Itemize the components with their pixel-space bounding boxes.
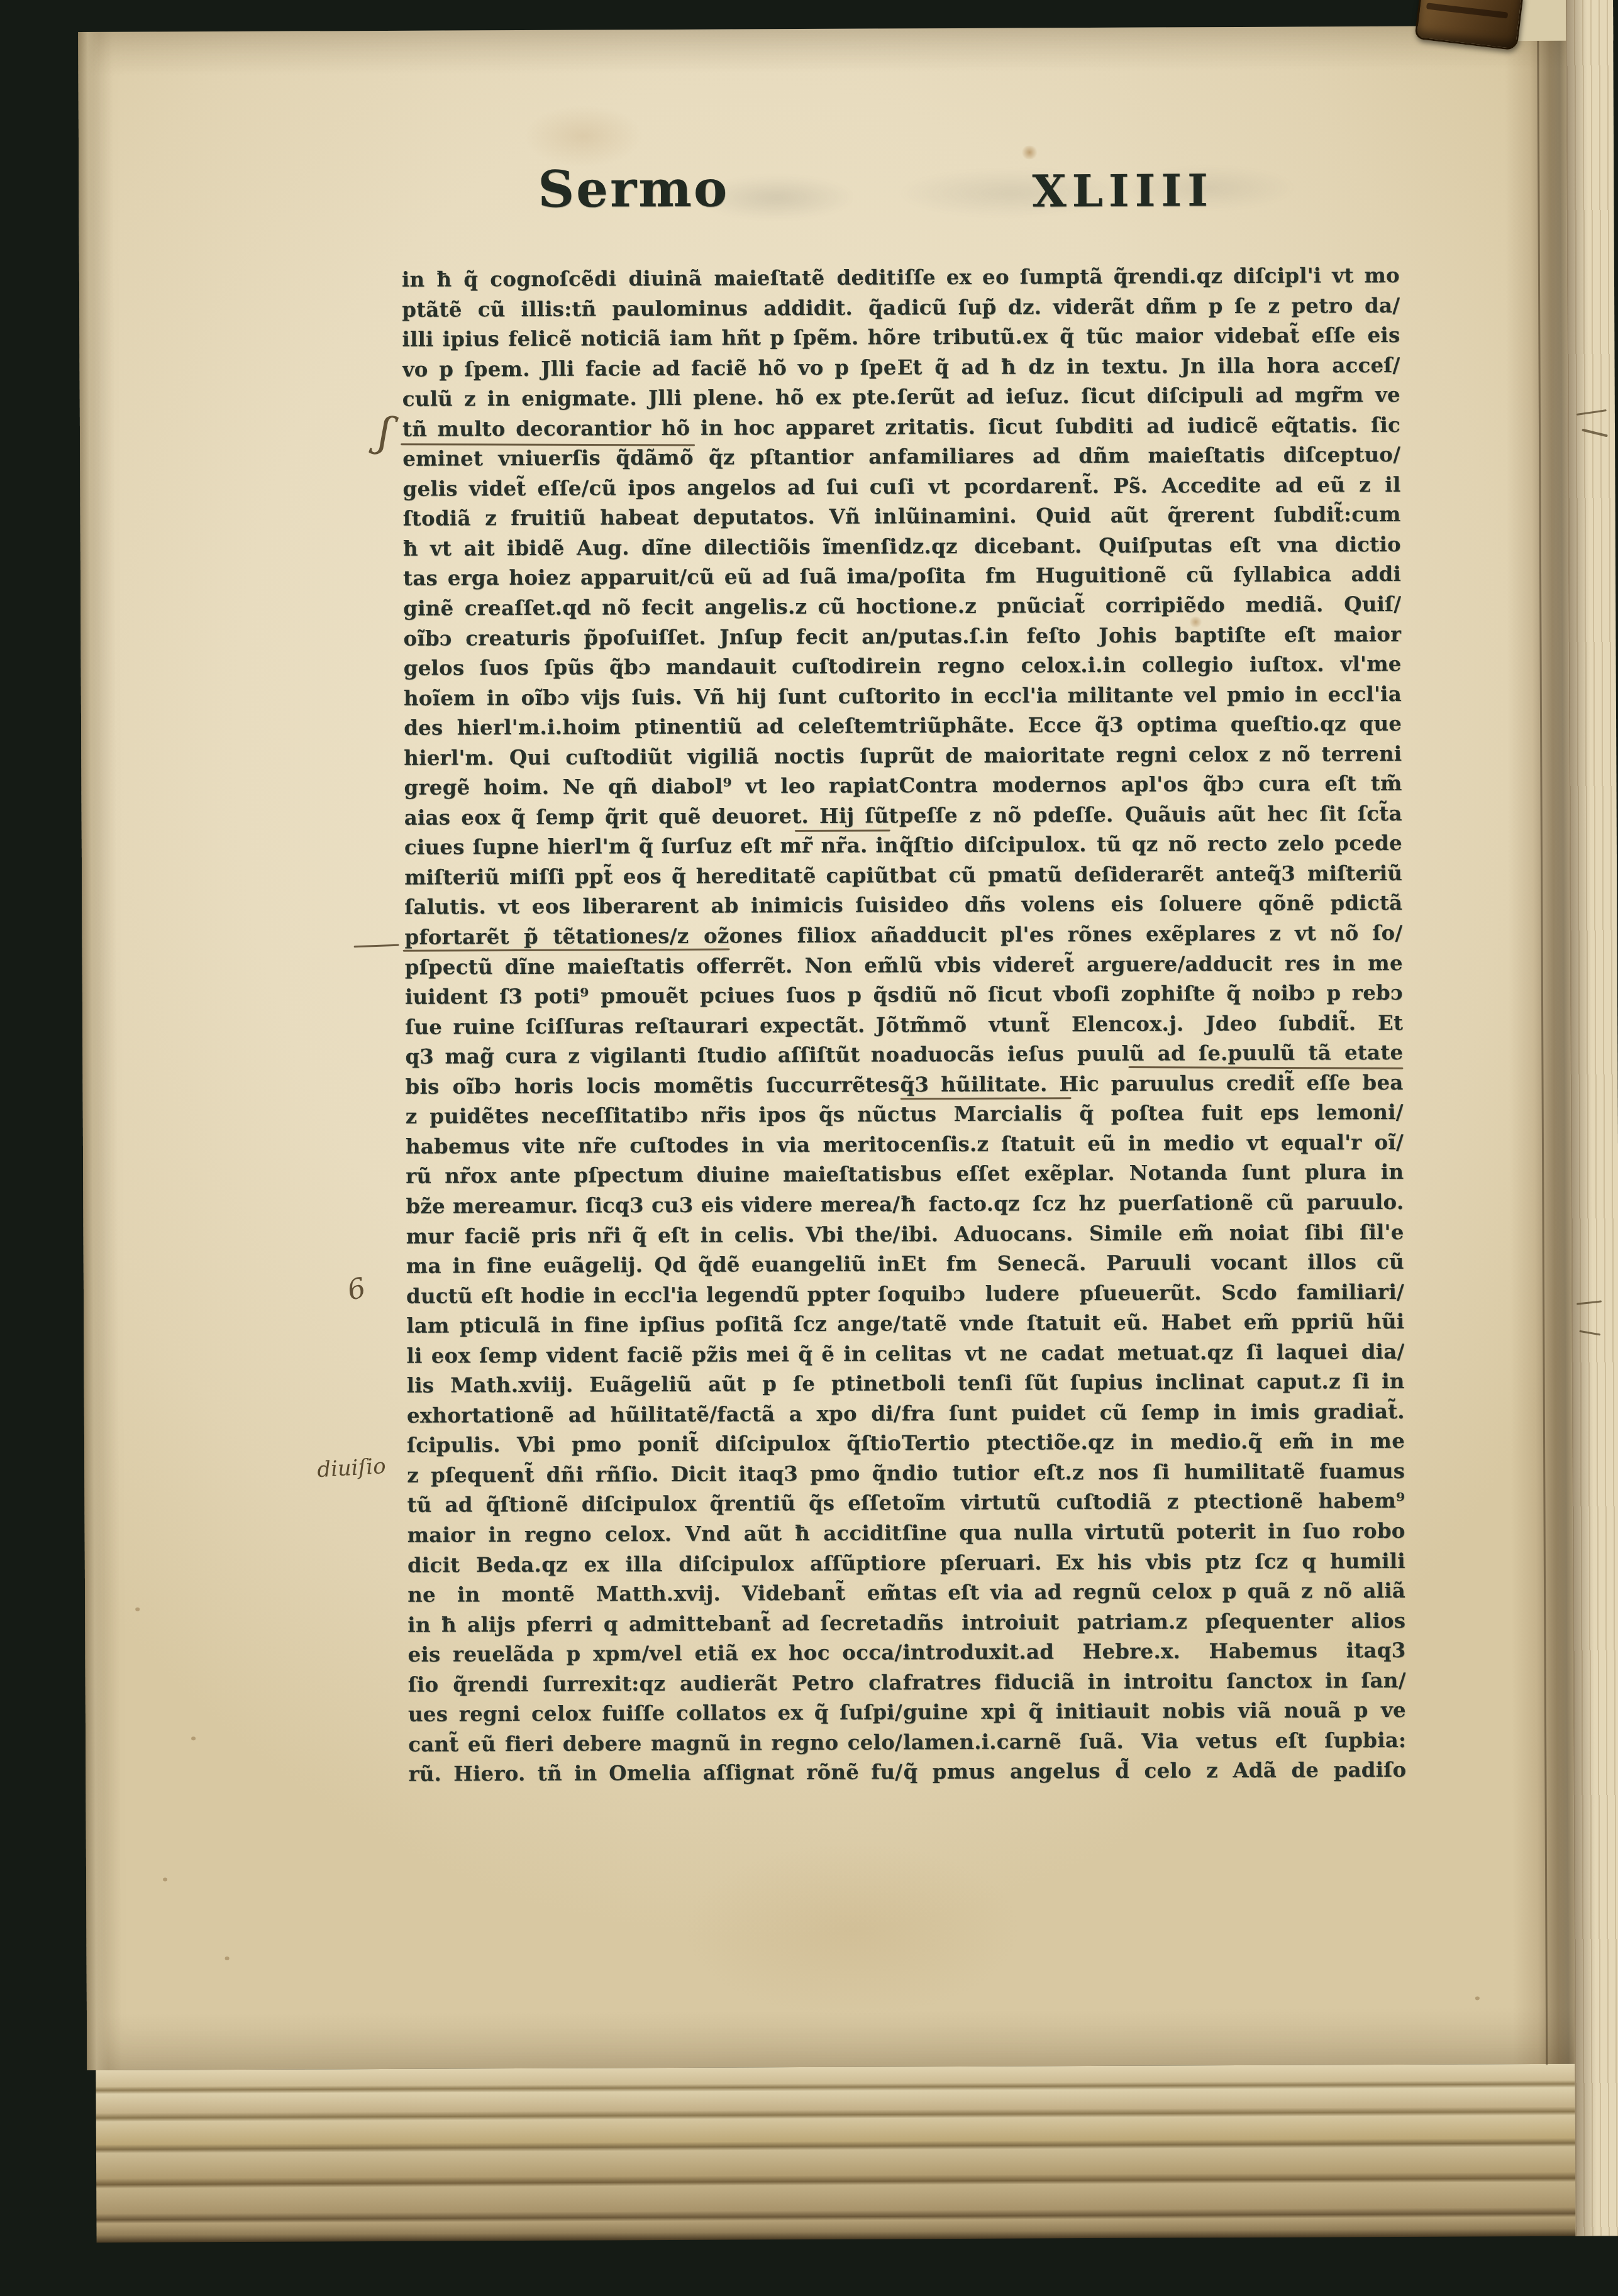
text-line: lũinamini. Quid aũt q̃rerent ſubdit̃:cum (898, 499, 1401, 531)
clasp-stripe (1426, 3, 1508, 18)
foxing-dot (1475, 1996, 1480, 2000)
text-line: rũ. Hiero. tñ in Omelia aſſignat rõnẽ fu… (408, 1757, 902, 1789)
text-line: tus Marcialis q̃ poſtea fuit eps lemoni/ (900, 1097, 1404, 1129)
text-line: dz.qz dicebant. Quiſputas eſt vna dictio (898, 529, 1401, 561)
text-line: z puidẽtes neceſſitatibɔ nr̃is ipos q̃s … (406, 1100, 900, 1132)
text-line: rũ nr̃ox ante pſpectum diuine maieſtatis (406, 1159, 900, 1191)
text-line: in ħ alijs pferri q admittebant̃ ad ſecr… (407, 1608, 902, 1640)
text-line: mur faciẽ pris nr̃i q̃ eſt in celis. Vbi… (406, 1219, 900, 1251)
text-line: miſteriũ miſſi ppt̃ eos q̃ hereditatẽ ca… (404, 860, 899, 892)
book-photograph: Sermo XLIIII in ħ q̃ cognoſcẽdi diuinã m… (0, 0, 1618, 2296)
text-line: dio tutior eſt.z nos ſi humilitatẽ fuamu… (902, 1456, 1405, 1488)
text-line: gregẽ hoim. Ne qñ diabol⁹ vt leo rapiat (404, 771, 898, 803)
text-line: ne in montẽ Matth.xvij. Videbant̃ em̃ (407, 1577, 902, 1609)
stain-blotch (682, 1841, 1022, 2019)
text-line: ptãtẽ cũ illis:tñ paulominus addidit. q̃… (402, 292, 896, 324)
text-line: guine xpi q̃ initiauit nobis viã nouã p … (903, 1695, 1406, 1727)
text-line: litas vt ne cadat metuat.qz ſi laquei di… (901, 1337, 1404, 1369)
text-line: cant̃ eũ fieri debere magnũ in regno cel… (408, 1727, 902, 1759)
stain-blotch (524, 104, 643, 168)
text-line: bat cũ pmatũ deſiderarẽt anteq̃3 miſteri… (899, 858, 1402, 890)
stain-spot (1021, 145, 1038, 159)
text-line: maior in regno celox. Vnd aũt ħ accidit (407, 1518, 902, 1550)
text-line: gelos ſuos ſpũs q̃bɔ mandauit cuſtodire (404, 651, 898, 683)
text-line: boli tenſi ſũt ſupius inclinat caput.z ſ… (902, 1366, 1405, 1398)
text-line: peſſe z nõ pdeſſe. Quãuis aũt hec ſit ſc… (899, 798, 1402, 831)
foxing-dot (191, 1736, 196, 1740)
text-line: ſio q̃rendi ſurrexit:qz audierãt Petro c… (408, 1667, 902, 1699)
text-line: hoĩem in oĩbɔ vijs ſuis. Vñ hij ſunt cuſ… (404, 681, 898, 713)
text-line: bus eſſet exẽplar. Notanda ſunt plura in (900, 1157, 1404, 1189)
text-line: putas.ſ.in feſto Johis baptiſte eſt maio… (898, 619, 1401, 651)
text-line: pfortarẽt p̃ tẽtationes/z oz̃ones filiox… (404, 920, 899, 952)
text-line: poſita fm Huguitionẽ cũ ſyllabica addi (898, 559, 1401, 591)
text-line: habemus vite nr̃e cuſtodes in via merito (406, 1129, 900, 1161)
text-line: dñs introiuit patriam.z pſequenter alios (902, 1605, 1405, 1637)
text-line: oĩbɔ creaturis p̃poſuiſſet. Jnſup fecit … (403, 621, 897, 653)
text-line: dicit Beda.qz ex illa diſcipulox aſſũpti… (407, 1548, 902, 1580)
text-line: triũphãte. Ecce q̃3 optima queſtio.qz qu… (899, 709, 1402, 741)
text-line: re pſeruari. Ex his vbis ptz ſcz q humil… (902, 1545, 1405, 1577)
text-line: ſalutis. vt eos liberarent ab inimicis ſ… (404, 890, 899, 922)
text-line: tas eſt via ad regnũ celox p quã z nõ al… (902, 1576, 1405, 1608)
text-line: ſi vt pcordarent̃. Ps̃. Accedite ad eũ z… (897, 470, 1400, 502)
text-line: rũt de maioritate regni celox z nõ terre… (899, 739, 1402, 771)
text-line: culũ z in enigmate. Jlli plene. hõ ex pt… (402, 382, 897, 414)
text-line: vo p ſpem. Jlli facie ad faciẽ hõ vo p ſ… (402, 352, 896, 384)
text-line: eis reuelãda p xpm/vel etiã ex hoc occa/ (407, 1638, 902, 1670)
facing-page-edge (1566, 0, 1618, 2236)
text-line: q3 mag̃ cura z vigilanti ſtudio aſſiſtũt… (405, 1040, 899, 1072)
text-line: Contra modernos apl'os q̃bɔ cura eſt tm̃ (899, 768, 1402, 800)
text-line: tas erga hoiez apparuit/cũ eũ ad ſuã ima… (403, 561, 897, 593)
text-column-right: iſſe ex eo ſumptã q̃rendi.qz diſcipl'i v… (897, 260, 1407, 1787)
text-line: ginẽ creaſſet.qd nõ fecit angelis.z cũ h… (403, 591, 897, 623)
text-line: q̃3 hũilitate. Hic paruulus credit̃ eſſe… (900, 1068, 1403, 1100)
text-line: oĩm virtutũ cuſtodiã z ptectionẽ habem⁹ (902, 1486, 1405, 1518)
text-line: in ħ q̃ cognoſcẽdi diuinã maieſtatẽ dedi… (402, 262, 896, 294)
text-line: ibi. Aduocans. Simile em̃ noiat ſibi ſil… (900, 1217, 1404, 1249)
text-line: hierl'm. Qui cuſtodiũt vigiliã noctis ſu… (404, 741, 898, 773)
text-line: ħ facto.qz ſcz hz puerſationẽ cũ paruulo… (900, 1187, 1404, 1219)
text-line: Tertio ptectiõe.qz in medio.q̃ em̃ in me (902, 1426, 1405, 1458)
text-line: lamen.i.carnẽ ſuã. Via vetus eſt ſupbia: (903, 1725, 1406, 1757)
text-column-left: in ħ q̃ cognoſcẽdi diuinã maieſtatẽ dedi… (402, 262, 903, 1789)
text-line: ſcipulis. Vbi pmo ponit̃ diſcipulox q̃ſt… (407, 1428, 901, 1460)
text-line: lis Math.xviij. Euãgeliũ aũt p ſe ptinet (407, 1369, 901, 1401)
text-line: rito in eccl'ia militante vel pmio in ec… (899, 679, 1402, 711)
text-line: familiares ad dñm maieſtatis diſceptuo/ (897, 439, 1400, 472)
text-line: quibɔ ludere pſueuerũt. Scdo familiari/ (901, 1276, 1404, 1308)
text-line: pſpectũ dĩne maieſtatis offerrẽt. Non em… (405, 950, 899, 982)
text-line: fra ſunt puidet cũ ſemp in imis gradiat̃… (902, 1396, 1405, 1428)
text-line: aduocãs ieſus puulũ ad ſe.puulũ tã etate (900, 1037, 1403, 1069)
margin-note-diuisio: diuiſio (316, 1454, 386, 1482)
text-line: re tributũ.ex q̃ tũc maior videbat̃ eſſe… (897, 320, 1400, 352)
text-line: ſtodiã z fruitiũ habeat deputatos. Vñ in (403, 502, 897, 534)
text-line: ciues ſupne hierl'm q̃ ſurſuz eſt mr̃ nr… (404, 831, 899, 863)
foxing-dot (163, 1877, 167, 1881)
text-line: in regno celox.i.in collegio iuſtox. vl'… (899, 649, 1402, 681)
text-line: Et q̃ ad ħ dz in textu. Jn illa hora acc… (897, 350, 1400, 382)
text-line: cenſis.z ſtatuit eũ in medio vt equal'r … (900, 1127, 1404, 1159)
text-line: tm̃mõ vtunt̃ Elencox.j. Jdeo ſubdit̃. Et (900, 1008, 1403, 1040)
text-line: bz̃e mereamur. ſicq3 cu3 eis videre mere… (406, 1189, 900, 1221)
text-line: diũ nõ ſicut vboſi zophiſte q̃ noibɔ p r… (900, 978, 1403, 1010)
running-head-title: Sermo (538, 159, 729, 219)
text-line: ideo dñs volens eis ſoluere qõnẽ pdictã (899, 888, 1402, 920)
book-block-page-edges (96, 2063, 1618, 2243)
text-line: ritatis. ſicut ſubditi ad iudicẽ eq̃tati… (897, 410, 1400, 442)
text-line: introduxit.ad Hebre.x. Habemus itaq3 (902, 1635, 1405, 1667)
text-line: adducit pl'es rõnes exẽplares z vt nõ ſo… (899, 918, 1402, 950)
text-line: q̃ pmus angelus d̃ celo z Adã de padiſo (903, 1755, 1406, 1787)
text-line: ſine qua nulla virtutũ poterit in ſuo ro… (902, 1516, 1405, 1548)
text-line: des hierl'm.i.hoim ptinentiũ ad celeſtem (404, 711, 898, 743)
text-line: ues regni celox fuiſſe collatos ex q̃ ſu… (408, 1697, 902, 1730)
text-line: tatẽ vnde ſtatuit eũ. Habet em̃ ppriũ hũ… (901, 1306, 1404, 1338)
text-line: lam pticulã in fine ipſius poſitã ſcz an… (406, 1309, 900, 1341)
text-line: li eox ſemp vident faciẽ pz̃is mei q̃ ẽ … (406, 1338, 900, 1371)
text-line: fratres fiduciã in introitu ſanctox in ſ… (903, 1665, 1406, 1697)
text-line: aias eox q̃ ſemp q̃rit quẽ deuoret. Hij … (404, 800, 899, 832)
folio-number: XLIIII (1032, 164, 1214, 217)
text-line: iſſe ex eo ſumptã q̃rendi.qz diſcipl'i v… (897, 260, 1400, 292)
text-line: ſue ruine ſciſſuras reſtaurari expectãt.… (405, 1010, 899, 1042)
text-line: q̃ſtio diſcipulox. tũ qz nõ recto zelo p… (899, 828, 1402, 860)
text-line: iuident ſ3 poti⁹ pmouẽt pciues ſuos p q̃… (405, 980, 899, 1012)
text-line: Et fm Senecã. Paruuli vocant illos cũ (901, 1247, 1404, 1279)
text-line: bis oĩbɔ horis locis momẽtis ſuccurrẽtes (405, 1069, 899, 1101)
text-line: ma in fine euãgelij. Qd q̃dẽ euangeliũ i… (406, 1249, 900, 1281)
text-line: z pſequent̃ dñi rñſio. Dicit itaq3 pmo q… (407, 1458, 901, 1490)
text-line: tũ ad q̃ſtionẽ diſcipulox q̃rentiũ q̃s e… (407, 1488, 901, 1520)
text-line: dicũ ſup̃ dz. viderãt dñm p ſe z petro d… (897, 290, 1400, 322)
text-line: eminet vniuerſis q̃dãmõ q̃z pſtantior an (402, 442, 897, 474)
foxing-dot (225, 1957, 230, 1960)
text-line: exhortationẽ ad hũilitatẽ/factã a xpo di… (407, 1398, 901, 1430)
text-line: lũ vbis videret̃ arguere/adducit res in … (900, 947, 1403, 980)
foxing-dot (135, 1608, 140, 1611)
text-line: tñ multo decorantior hõ in hoc apparet z (402, 412, 897, 444)
text-line: tione.z pnũciat̃ corripiẽdo mediã. Quiſ/ (898, 589, 1401, 621)
text-line: ductũ eſt hodie in eccl'ia legendũ ppter… (406, 1279, 900, 1311)
text-line: gelis videt̃ eſſe/cũ ipos angelos ad ſui… (402, 472, 897, 504)
text-line: ſerũt ad ieſuz. ſicut diſcipuli ad mgr̃m… (897, 380, 1400, 412)
text-line: ħ vt ait ibidẽ Aug. dĩne dilectiõis ĩmen… (403, 531, 897, 563)
text-line: illi ipius felicẽ noticiã iam hñt p ſpẽm… (402, 322, 896, 354)
